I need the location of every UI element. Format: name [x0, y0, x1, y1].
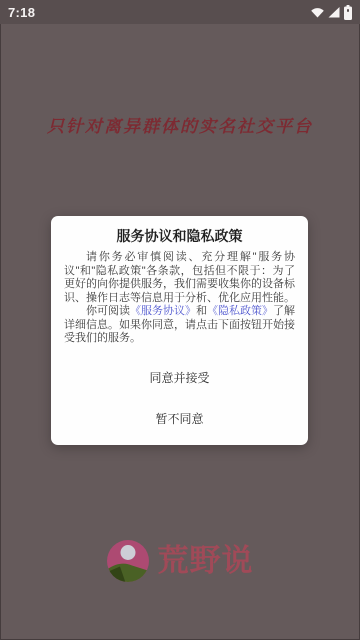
dialog-body: 请你务必审慎阅读、充分理解"服务协议"和"隐私政策"各条款，包括但不限于：为了更…	[51, 251, 308, 346]
dialog-paragraph-2: 你可阅读《服务协议》和《隐私政策》了解详细信息。如果你同意，请点击下面按钮开始接…	[64, 305, 295, 346]
status-bar: 7:18	[0, 0, 360, 24]
status-time: 7:18	[8, 5, 35, 20]
paragraph-2-before: 你可阅读	[86, 305, 130, 317]
logo-mark-icon	[107, 540, 149, 582]
app-screen: 7:18 只针对离异群体的实名社交平台 服务协议和隐私政策 请你务必审慎阅读、充…	[0, 0, 360, 640]
wifi-icon	[311, 7, 324, 18]
dialog-title: 服务协议和隐私政策	[51, 216, 308, 243]
privacy-policy-link[interactable]: 《隐私政策》	[207, 305, 273, 317]
paragraph-1-text: 请你务必审慎阅读、充分理解"服务协议"和"隐私政策"各条款，包括但不限于：为了更…	[64, 251, 295, 304]
disagree-button[interactable]: 暂不同意	[51, 412, 308, 426]
paragraph-2-middle: 和	[196, 305, 207, 317]
app-logo: 荒野说	[0, 540, 360, 582]
privacy-dialog: 服务协议和隐私政策 请你务必审慎阅读、充分理解"服务协议"和"隐私政策"各条款，…	[51, 216, 308, 445]
agree-button[interactable]: 同意并接受	[51, 371, 308, 385]
app-slogan: 只针对离异群体的实名社交平台	[0, 112, 360, 137]
battery-icon	[344, 5, 352, 20]
status-icons	[311, 5, 352, 20]
dialog-paragraph-1: 请你务必审慎阅读、充分理解"服务协议"和"隐私政策"各条款，包括但不限于：为了更…	[64, 251, 295, 305]
service-agreement-link[interactable]: 《服务协议》	[130, 305, 196, 317]
cellular-signal-icon	[328, 7, 340, 18]
app-name: 荒野说	[158, 540, 254, 582]
